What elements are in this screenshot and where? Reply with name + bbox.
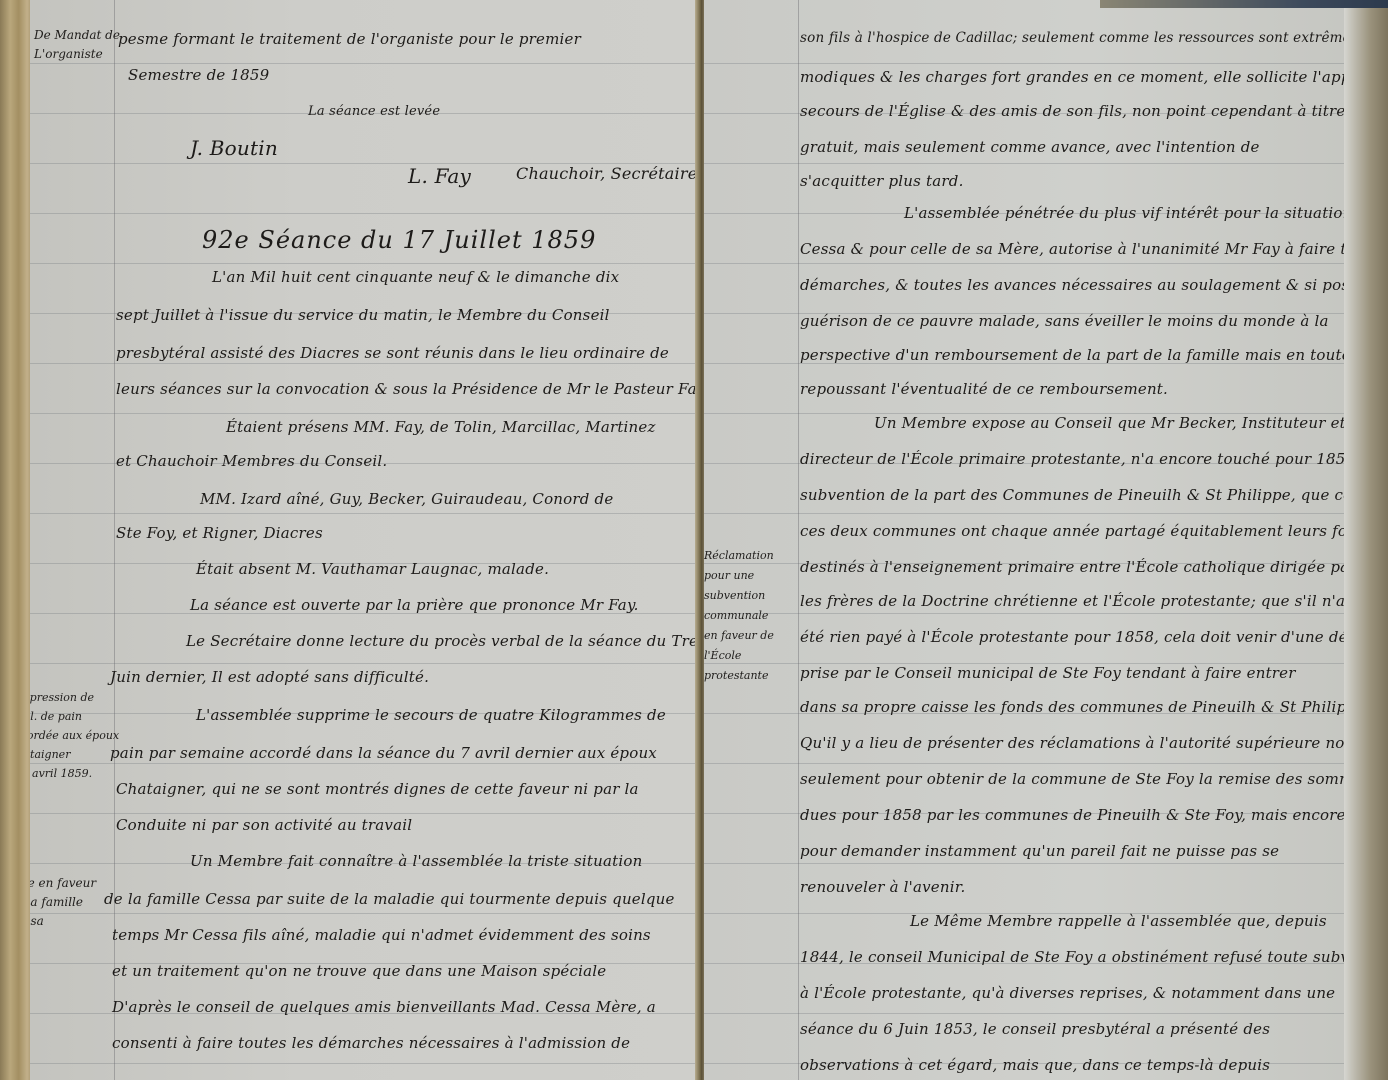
text-line: presbytéral assisté des Diacres se sont …: [116, 344, 669, 362]
text-line: modiques & les charges fort grandes en c…: [800, 68, 1344, 86]
text-line: Juin dernier, Il est adopté sans difficu…: [110, 668, 429, 686]
margin-note-cessa: Vote en faveur de la famille Cessa: [30, 874, 96, 931]
text-line: seulement pour obtenir de la commune de …: [800, 770, 1344, 788]
closing-line: La séance est levée: [308, 104, 440, 119]
text-line: repoussant l'éventualité de ce rembourse…: [800, 380, 1168, 398]
text-line: Ste Foy, et Rigner, Diacres: [116, 524, 323, 542]
text-line: directeur de l'École primaire protestant…: [800, 450, 1344, 468]
text-line: Un Membre fait connaître à l'assemblée l…: [190, 852, 642, 870]
text-line: ces deux communes ont chaque année parta…: [800, 522, 1344, 540]
book-cover-edge: [1100, 0, 1388, 8]
text-line: à l'École protestante, qu'à diverses rep…: [800, 984, 1335, 1002]
text-line: Qu'il y a lieu de présenter des réclamat…: [800, 734, 1344, 752]
text-line: démarches, & toutes les avances nécessai…: [800, 276, 1344, 294]
text-line: pesme formant le traitement de l'organis…: [118, 30, 581, 48]
text-line: secours de l'Église & des amis de son fi…: [800, 102, 1344, 120]
text-line: leurs séances sur la convocation & sous …: [116, 380, 700, 398]
left-page: De Mandat de L'organiste Suppression de …: [30, 0, 700, 1080]
text-line: subvention de la part des Communes de Pi…: [800, 486, 1344, 504]
text-line: son fils à l'hospice de Cadillac; seulem…: [800, 30, 1344, 46]
text-line: dans sa propre caisse les fonds des comm…: [800, 698, 1344, 716]
book-right-edge: [1344, 0, 1388, 1080]
text-line: sept Juillet à l'issue du service du mat…: [116, 306, 610, 324]
margin-note-chataigner: Suppression de 4 Kil. de pain accordée a…: [30, 688, 119, 783]
text-line: dues pour 1858 par les communes de Pineu…: [800, 806, 1344, 824]
right-page: Réclamation pour une subvention communal…: [704, 0, 1344, 1080]
text-line: Cessa & pour celle de sa Mère, autorise …: [800, 240, 1344, 258]
text-line: été rien payé à l'École protestante pour…: [800, 628, 1344, 646]
text-line: Était absent M. Vauthamar Laugnac, malad…: [196, 560, 549, 578]
text-line: Semestre de 1859: [128, 66, 269, 84]
text-line: les frères de la Doctrine chrétienne et …: [800, 592, 1344, 610]
signature-boutin: J. Boutin: [190, 136, 278, 160]
text-line: L'assemblée pénétrée du plus vif intérêt…: [904, 204, 1344, 222]
text-line: renouveler à l'avenir.: [800, 878, 965, 896]
text-line: et Chauchoir Membres du Conseil.: [116, 452, 387, 470]
text-line: MM. Izard aîné, Guy, Becker, Guiraudeau,…: [200, 490, 613, 508]
text-line: Conduite ni par son activité au travail: [116, 816, 412, 834]
book-page-edges: [0, 0, 34, 1080]
margin-rule: [798, 0, 799, 1080]
text-line: observations à cet égard, mais que, dans…: [800, 1056, 1270, 1074]
signature-fay: L. Fay: [408, 164, 471, 188]
text-line: s'acquitter plus tard.: [800, 172, 964, 190]
text-line: La séance est ouverte par la prière que …: [190, 596, 639, 614]
text-line: Le Même Membre rappelle à l'assemblée qu…: [910, 912, 1327, 930]
margin-note-reclamation: Réclamation pour une subvention communal…: [704, 546, 774, 686]
margin-rule: [114, 0, 115, 1080]
text-line: Un Membre expose au Conseil que Mr Becke…: [874, 414, 1344, 432]
text-line: L'assemblée supprime le secours de quatr…: [196, 706, 666, 724]
register-spread: De Mandat de L'organiste Suppression de …: [0, 0, 1388, 1080]
text-line: D'après le conseil de quelques amis bien…: [112, 998, 656, 1016]
text-line: temps Mr Cessa fils aîné, maladie qui n'…: [112, 926, 651, 944]
text-line: destinés à l'enseignement primaire entre…: [800, 558, 1344, 576]
text-line: perspective d'un remboursement de la par…: [800, 346, 1344, 364]
session-heading: 92e Séance du 17 Juillet 1859: [202, 226, 596, 254]
text-line: et un traitement qu'on ne trouve que dan…: [112, 962, 606, 980]
text-line: Chataigner, qui ne se sont montrés digne…: [116, 780, 639, 798]
text-line: guérison de ce pauvre malade, sans éveil…: [800, 312, 1329, 330]
text-line: gratuit, mais seulement comme avance, av…: [800, 138, 1260, 156]
text-line: pour demander instamment qu'un pareil fa…: [800, 842, 1279, 860]
signature-chauchoir: Chauchoir, Secrétaire: [516, 164, 697, 183]
text-line: L'an Mil huit cent cinquante neuf & le d…: [212, 268, 619, 286]
text-line: consenti à faire toutes les démarches né…: [112, 1034, 630, 1052]
margin-note-organiste: De Mandat de L'organiste: [34, 26, 120, 64]
text-line: de la famille Cessa par suite de la mala…: [104, 890, 675, 908]
text-line: prise par le Conseil municipal de Ste Fo…: [800, 664, 1296, 682]
text-line: 1844, le conseil Municipal de Ste Foy a …: [800, 948, 1344, 966]
text-line: séance du 6 Juin 1853, le conseil presby…: [800, 1020, 1270, 1038]
text-line: Étaient présens MM. Fay, de Tolin, Marci…: [226, 418, 656, 436]
text-line: Le Secrétaire donne lecture du procès ve…: [186, 632, 700, 650]
text-line: pain par semaine accordé dans la séance …: [110, 744, 657, 762]
